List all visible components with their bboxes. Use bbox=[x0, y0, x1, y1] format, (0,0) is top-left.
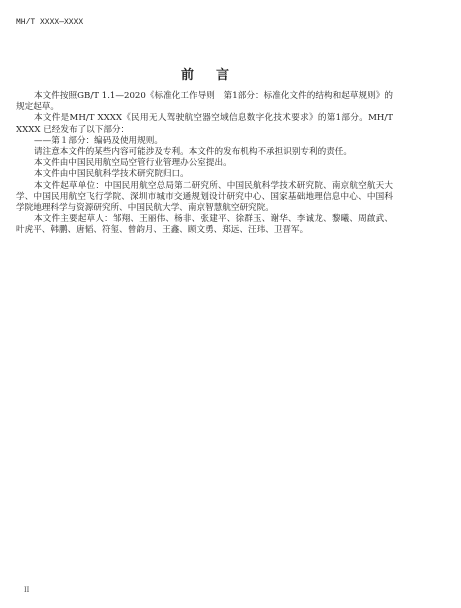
title-char-1: 前 bbox=[181, 64, 194, 83]
paragraph-drafters: 本文件主要起草人：邹翔、王丽伟、杨非、张建平、徐群玉、谢华、李诚龙、黎曦、周啟武… bbox=[16, 214, 393, 236]
page-number: II bbox=[24, 585, 29, 594]
paragraph-part-list: ——第１部分：编码及使用规则。 bbox=[16, 136, 393, 147]
paragraph-drafting-units: 本文件起草单位：中国民用航空总局第二研究所、中国民航科学技术研究院、南京航空航天… bbox=[16, 181, 393, 215]
paragraph-proposed-by: 本文件由中国民用航空局空管行业管理办公室提出。 bbox=[16, 158, 393, 169]
paragraph-patent-notice: 请注意本文件的某些内容可能涉及专利。本文件的发布机构不承担识别专利的责任。 bbox=[16, 147, 393, 158]
page-title: 前言 bbox=[0, 64, 410, 83]
foreword-body: 本文件按照GB/T 1.1—2020《标准化工作导则 第1部分：标准化文件的结构… bbox=[16, 91, 393, 237]
paragraph-drafting-rules: 本文件按照GB/T 1.1—2020《标准化工作导则 第1部分：标准化文件的结构… bbox=[16, 91, 393, 113]
document-code-header: MH/T XXXX—XXXX bbox=[16, 18, 83, 27]
paragraph-managed-by: 本文件由中国民航科学技术研究院归口。 bbox=[16, 169, 393, 180]
title-char-2: 言 bbox=[216, 64, 229, 83]
paragraph-part-info: 本文件是MH/T XXXX《民用无人驾驶航空器空域信息数字化技术要求》的第1部分… bbox=[16, 113, 393, 135]
